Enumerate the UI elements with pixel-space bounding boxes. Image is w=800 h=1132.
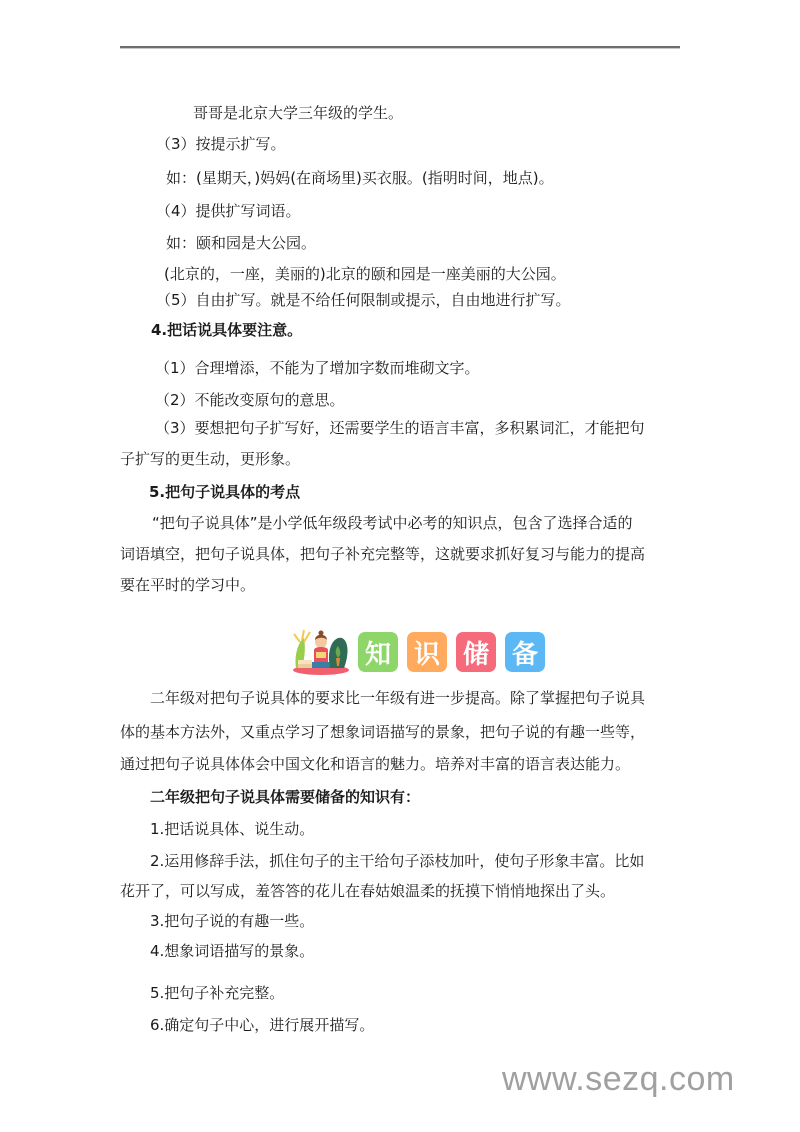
text-line: （5）自由扩写。就是不给任何限制或提示，自由地进行扩写。 bbox=[156, 290, 571, 310]
section-heading: 5.把句子说具体的考点 bbox=[149, 482, 300, 502]
text-line: 如：(星期天，)妈妈(在商场里)买衣服。(指明时间，地点)。 bbox=[166, 168, 554, 188]
text-line: 通过把句子说具体体会中国文化和语言的魅力。培养对丰富的语言表达能力。 bbox=[120, 754, 630, 774]
header-rule bbox=[120, 46, 680, 49]
banner-badge: 识 bbox=[407, 632, 447, 672]
text-line: 二年级对把句子说具体的要求比一年级有进一步提高。除了掌握把句子说具 bbox=[150, 688, 645, 708]
text-line: 体的基本方法外，又重点学习了想象词语描写的景象，把句子说的有趣一些等， bbox=[120, 722, 645, 742]
text-line: 2.运用修辞手法，抓住句子的主干给句子添枝加叶，使句子形象丰富。比如 bbox=[150, 851, 644, 871]
text-line: “把句子说具体”是小学低年级段考试中必考的知识点，包含了选择合适的 bbox=[152, 513, 633, 533]
text-line: （3）要想把句子扩写好，还需要学生的语言丰富，多积累词汇，才能把句 bbox=[155, 418, 645, 438]
text-line: 6.确定句子中心，进行展开描写。 bbox=[150, 1015, 374, 1035]
text-line: （3）按提示扩写。 bbox=[156, 134, 286, 154]
text-line: 哥哥是北京大学三年级的学生。 bbox=[193, 103, 403, 123]
section-heading: 二年级把句子说具体需要储备的知识有： bbox=[150, 787, 420, 807]
text-line: （1）合理增添，不能为了增加字数而堆砌文字。 bbox=[155, 358, 480, 378]
banner-badge: 储 bbox=[456, 632, 496, 672]
banner-badge: 知 bbox=[358, 632, 398, 672]
text-line: （2）不能改变原句的意思。 bbox=[155, 390, 345, 410]
text-line: （4）提供扩写词语。 bbox=[156, 201, 301, 221]
text-line: 要在平时的学习中。 bbox=[120, 575, 255, 595]
text-line: 子扩写的更生动，更形象。 bbox=[120, 449, 300, 469]
text-line: 3.把句子说的有趣一些。 bbox=[150, 911, 314, 931]
text-line: 4.想象词语描写的景象。 bbox=[150, 941, 314, 961]
text-line: (北京的，一座，美丽的)北京的颐和园是一座美丽的大公园。 bbox=[164, 264, 566, 284]
section-heading: 4.把话说具体要注意。 bbox=[151, 320, 302, 340]
text-line: 5.把句子补充完整。 bbox=[150, 983, 284, 1003]
knowledge-reserve-banner: 知识储备 bbox=[290, 628, 554, 676]
text-line: 如：颐和园是大公园。 bbox=[166, 233, 316, 253]
text-line: 词语填空，把句子说具体，把句子补充完整等，这就要求抓好复习与能力的提高 bbox=[120, 544, 645, 564]
watermark: www.sezq.com bbox=[502, 1060, 735, 1099]
girl-reading-icon bbox=[290, 628, 352, 676]
text-line: 花开了，可以写成，羞答答的花儿在春姑娘温柔的抚摸下悄悄地探出了头。 bbox=[120, 881, 615, 901]
text-line: 1.把话说具体、说生动。 bbox=[150, 819, 314, 839]
banner-badge: 备 bbox=[505, 632, 545, 672]
